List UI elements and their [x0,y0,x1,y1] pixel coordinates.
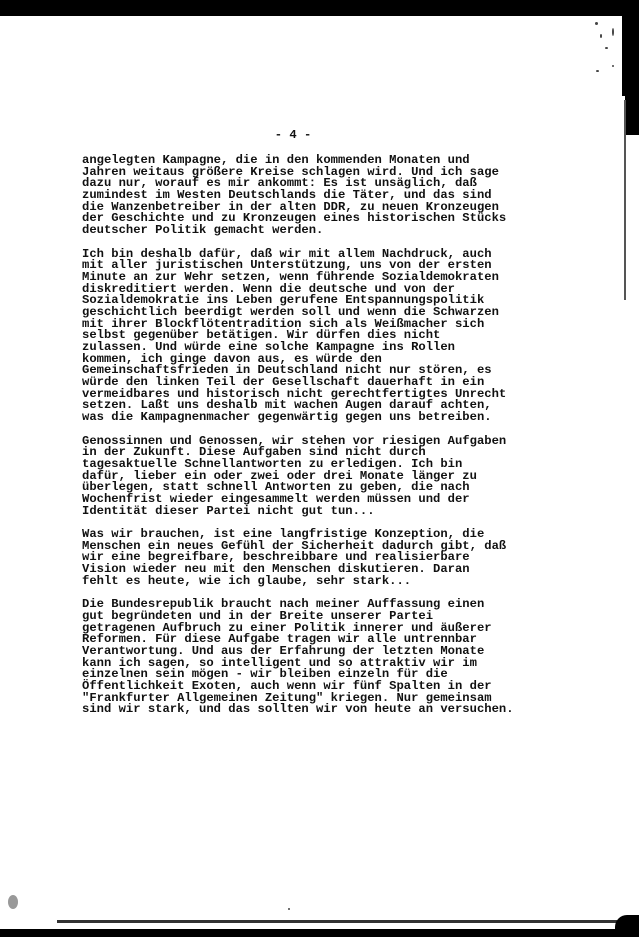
scan-corner-bottom-right [615,915,639,937]
text-line: sind wir stark, und das sollten wir von … [82,704,602,716]
paragraph: Ich bin deshalb dafür, daß wir mit allem… [82,249,602,424]
scan-band-bottom [57,920,617,923]
scan-speckle [596,70,599,72]
page-number: - 4 - [0,128,586,142]
paragraph: Die Bundesrepublik braucht nach meiner A… [82,599,602,716]
scan-border-top [0,0,639,16]
scan-border-bottom [0,929,639,937]
scan-speckle [595,22,598,25]
text-line: deutscher Politik gemacht werden. [82,225,602,237]
paragraph: angelegten Kampagne, die in den kommende… [82,155,602,237]
paragraph: Was wir brauchen, ist eine langfristige … [82,529,602,587]
scan-speckle [8,895,18,909]
paragraph: Genossinnen und Genossen, wir stehen vor… [82,436,602,518]
document-body: angelegten Kampagne, die in den kommende… [82,155,602,728]
scan-edge-line [624,100,626,300]
scan-speckle [612,65,614,67]
text-line: Identität dieser Partei nicht gut tun... [82,506,602,518]
scan-border-right [625,0,639,135]
scan-speckle [288,908,290,910]
scan-speckle [600,34,602,38]
scan-speckle [605,47,608,49]
text-line: was die Kampagnenmacher gegenwärtig gege… [82,412,602,424]
scan-edge-strip [622,16,626,96]
text-line: fehlt es heute, wie ich glaube, sehr sta… [82,576,602,588]
scan-speckle [612,28,614,36]
